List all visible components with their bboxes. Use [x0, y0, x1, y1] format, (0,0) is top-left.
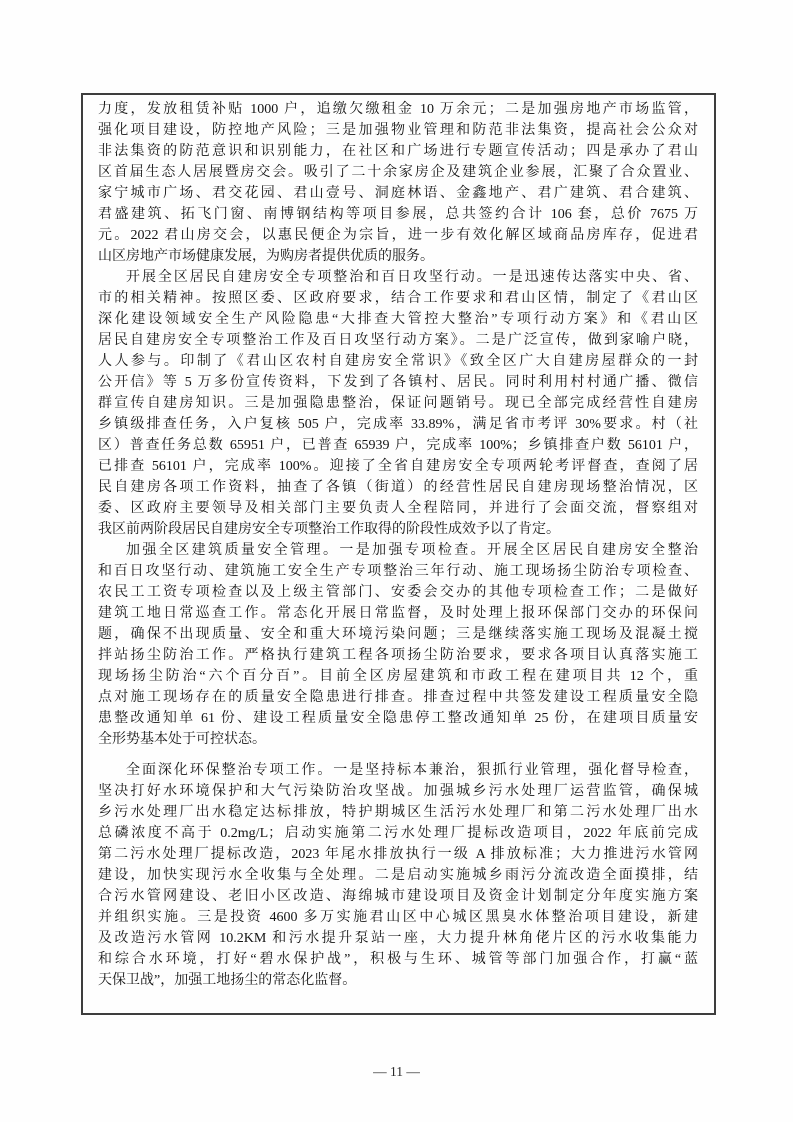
text-line: 天保卫战”，加强工地扬尘的常态化监督。 — [98, 970, 698, 991]
text-line: 非法集资的防范意识和识别能力，在社区和广场进行专题宣传活动；四是承办了君山 — [98, 141, 698, 162]
text-line: 深化建设领域安全生产风险隐患“大排查大管控大整治”专项行动方案》和《君山区 — [98, 309, 698, 330]
text-line: 强化项目建设，防控地产风险；三是加强物业管理和防范非法集资，提高社会公众对 — [98, 120, 698, 141]
page: { "page": { "number_label": "— 11 —" }, … — [0, 0, 793, 1122]
text-line: 第二污水处理厂提标改造，2023 年尾水排放执行一级 A 排放标准；大力推进污水… — [98, 844, 698, 865]
text-line: 元。2022 君山房交会，以惠民便企为宗旨，进一步有效化解区域商品房库存，促进君 — [98, 225, 698, 246]
text-line: 点对施工现场存在的质量安全隐患进行排查。排查过程中共签发建设工程质量安全隐 — [98, 687, 698, 708]
text-line: 君盛建筑、拓飞门窗、南博钢结构等项目参展，总共签约合计 106 套，总价 767… — [98, 204, 698, 225]
text-line: 建设，加快实现污水全收集与全处理。二是启动实施城乡雨污分流改造全面摸排，结 — [98, 865, 698, 886]
text-line: 群宣传自建房知识。三是加强隐患整治，保证问题销号。现已全部完成经营性自建房 — [98, 393, 698, 414]
text-line: 全面深化环保整治专项工作。一是坚持标本兼治，狠抓行业管理，强化督导检查， — [98, 760, 698, 781]
paragraph: 开展全区居民自建房安全专项整治和百日攻坚行动。一是迅速传达落实中央、省、市的相关… — [98, 267, 698, 540]
text-line: 山区房地产市场健康发展，为购房者提供优质的服务。 — [98, 246, 698, 267]
text-line: 患整改通知单 61 份、建设工程质量安全隐患停工整改通知单 25 份，在建项目质… — [98, 708, 698, 729]
text-line: 及改造污水管网 10.2KM 和污水提升泵站一座，大力提升林角佬片区的污水收集能… — [98, 928, 698, 949]
text-line: 和综合水环境，打好“碧水保护战”，积极与生环、城管等部门加强合作，打赢“蓝 — [98, 949, 698, 970]
text-line: 农民工工资专项检查以及上级主管部门、安委会交办的其他专项检查工作；二是做好 — [98, 582, 698, 603]
text-line: 居民自建房安全专项整治工作及百日攻坚行动方案》。二是广泛宣传，做到家喻户晓， — [98, 330, 698, 351]
text-line: 开展全区居民自建房安全专项整治和百日攻坚行动。一是迅速传达落实中央、省、 — [98, 267, 698, 288]
paragraph: 力度，发放租赁补贴 1000 户，追缴欠缴租金 10 万余元；二是加强房地产市场… — [98, 99, 698, 267]
text-line: 建筑工地日常巡查工作。常态化开展日常监督，及时处理上报环保部门交办的环保问 — [98, 603, 698, 624]
text-line: 市的相关精神。按照区委、区政府要求，结合工作要求和君山区情，制定了《君山区 — [98, 288, 698, 309]
text-line: 力度，发放租赁补贴 1000 户，追缴欠缴租金 10 万余元；二是加强房地产市场… — [98, 99, 698, 120]
text-line: 公开信》等 5 万多份宣传资料，下发到了各镇村、居民。同时利用村村通广播、微信 — [98, 372, 698, 393]
text-line: 区）普查任务总数 65951 户，已普查 65939 户，完成率 100%；乡镇… — [98, 435, 698, 456]
text-line: 家宁城市广场、君交花园、君山壹号、洞庭林语、金鑫地产、君广建筑、君合建筑、 — [98, 183, 698, 204]
text-line: 乡污水处理厂出水稳定达标排放，特护期城区生活污水处理厂和第二污水处理厂出水 — [98, 802, 698, 823]
text-line: 加强全区建筑质量安全管理。一是加强专项检查。开展全区居民自建房安全整治 — [98, 540, 698, 561]
content-frame: 力度，发放租赁补贴 1000 户，追缴欠缴租金 10 万余元；二是加强房地产市场… — [81, 93, 716, 1015]
text-line: 全形势基本处于可控状态。 — [98, 729, 698, 750]
text-line: 拌站扬尘防治工作。严格执行建筑工程各项扬尘防治要求，要求各项目认真落实施工 — [98, 645, 698, 666]
text-line: 现场扬尘防治“六个百分百”。目前全区房屋建筑和市政工程在建项目共 12 个，重 — [98, 666, 698, 687]
text-line: 和百日攻坚行动、建筑施工安全生产专项整治三年行动、施工现场扬尘防治专项检查、 — [98, 561, 698, 582]
document-body: 力度，发放租赁补贴 1000 户，追缴欠缴租金 10 万余元；二是加强房地产市场… — [98, 99, 698, 991]
text-line: 我区前两阶段居民自建房安全专项整治工作取得的阶段性成效予以了肯定。 — [98, 519, 698, 540]
text-line: 总磷浓度不高于 0.2mg/L；启动实施第二污水处理厂提标改造项目，2022 年… — [98, 823, 698, 844]
text-line: 委、区政府主要领导及相关部门主要负责人全程陪同，并进行了会面交流，督察组对 — [98, 498, 698, 519]
text-line: 乡镇级排查任务，入户复核 505 户，完成率 33.89%，满足省市考评 30%… — [98, 414, 698, 435]
text-line: 合污水管网建设、老旧小区改造、海绵城市建设项目及资金计划制定分年度实施方案 — [98, 886, 698, 907]
text-line: 坚决打好水环境保护和大气污染防治攻坚战。加强城乡污水处理厂运营监管，确保城 — [98, 781, 698, 802]
paragraph: 加强全区建筑质量安全管理。一是加强专项检查。开展全区居民自建房安全整治和百日攻坚… — [98, 540, 698, 750]
text-line: 题，确保不出现质量、安全和重大环境污染问题；三是继续落实施工现场及混凝土搅 — [98, 624, 698, 645]
text-line: 民自建房各项工作资料，抽查了各镇（街道）的经营性居民自建房现场整治情况，区 — [98, 477, 698, 498]
page-number: — 11 — — [0, 1062, 793, 1082]
text-line: 区首届生态人居展暨房交会。吸引了二十余家房企及建筑企业参展，汇聚了合众置业、 — [98, 162, 698, 183]
paragraph: 全面深化环保整治专项工作。一是坚持标本兼治，狠抓行业管理，强化督导检查，坚决打好… — [98, 760, 698, 991]
text-line: 已排查 56101 户，完成率 100%。迎接了全省自建房安全专项两轮考评督查，… — [98, 456, 698, 477]
text-line: 并组织实施。三是投资 4600 多万实施君山区中心城区黑臭水体整治项目建设，新建 — [98, 907, 698, 928]
text-line: 人人参与。印制了《君山区农村自建房安全常识》《致全区广大自建房屋群众的一封 — [98, 351, 698, 372]
